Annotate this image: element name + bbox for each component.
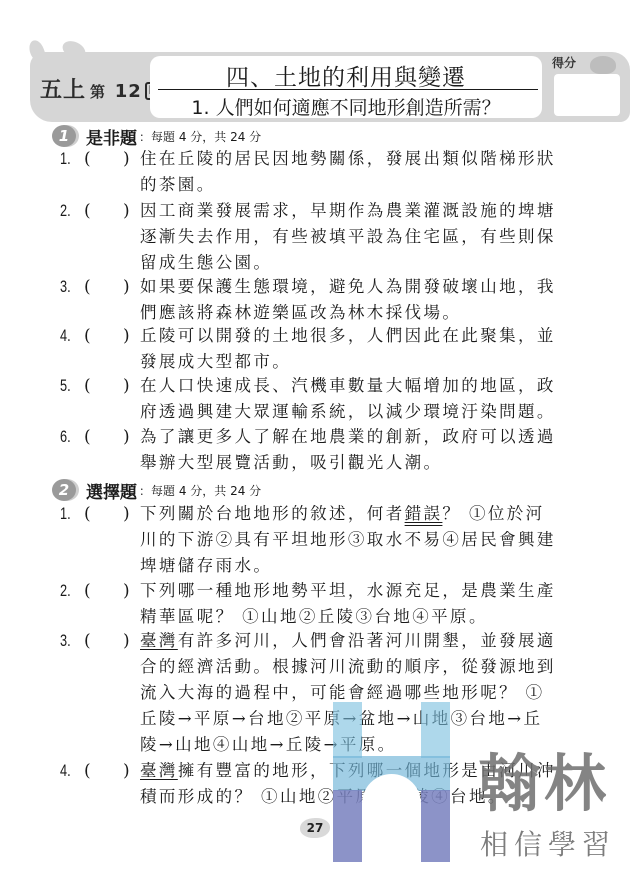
- cat-icon: [590, 56, 616, 74]
- section-multiple-choice-heading: 2 選擇題 ：每題 4 分，共 24 分: [52, 478, 261, 502]
- question-line: 發展成大型都市。: [140, 349, 580, 375]
- answer-blank-close: ): [123, 628, 130, 654]
- section-title: 選擇題: [86, 478, 137, 503]
- answer-blank-close: ): [123, 501, 130, 527]
- section-scoring-note: ：每題 4 分，共 24 分: [139, 482, 261, 499]
- question-number: 3.: [60, 274, 71, 300]
- score-label: 得分: [552, 54, 576, 71]
- question-number: 1.: [60, 501, 71, 527]
- question-line: 丘陵可以開發的土地很多，人們因此在此聚集，並: [140, 323, 580, 349]
- grade: 五上: [40, 78, 86, 103]
- answer-blank-open[interactable]: (: [84, 758, 91, 784]
- answer-blank-open[interactable]: (: [84, 198, 91, 224]
- answer-blank-close: ): [123, 198, 130, 224]
- question-text-part: ？ ①位於河: [442, 504, 544, 523]
- answer-blank-open[interactable]: (: [84, 578, 91, 604]
- question-number: 2.: [60, 198, 71, 224]
- section-number-badge: 2: [52, 479, 76, 501]
- section-true-false-heading: 1 是非題 ：每題 4 分，共 24 分: [52, 124, 261, 148]
- question-line: 臺灣有許多河川，人們會沿著河川開墾，並發展適: [140, 628, 580, 654]
- answer-blank-close: ): [123, 578, 130, 604]
- question-number: 4.: [60, 758, 71, 784]
- question-line: 丘陵→平原→台地②平原→盆地→山地③台地→丘: [140, 706, 580, 732]
- question-line: 因工商業發展需求，早期作為農業灌溉設施的埤塘: [140, 198, 580, 224]
- question-text: 因工商業發展需求，早期作為農業灌溉設施的埤塘 逐漸失去作用，有些被填平設為住宅區…: [140, 198, 580, 276]
- question-number: 5.: [60, 373, 71, 399]
- answer-blank-open[interactable]: (: [84, 274, 91, 300]
- round-prefix: 第: [90, 83, 106, 101]
- answer-blank-close: ): [123, 146, 130, 172]
- emphasis-word: 錯誤: [405, 504, 443, 523]
- question-text: 住在丘陵的居民因地勢關係，發展出類似階梯形狀 的茶園。: [140, 146, 580, 198]
- question-line: 合的經濟活動。根據河川流動的順序，從發源地到: [140, 654, 580, 680]
- question-text: 下列關於台地地形的敘述，何者錯誤？ ①位於河 川的下游②具有平坦地形③取水不易④…: [140, 501, 580, 579]
- round-number: 12: [115, 81, 142, 102]
- question-line: 逐漸失去作用，有些被填平設為住宅區，有些則保: [140, 224, 580, 250]
- watermark-brand: 翰林: [478, 752, 610, 816]
- title-divider: [158, 89, 538, 90]
- question-line: 住在丘陵的居民因地勢關係，發展出類似階梯形狀: [140, 146, 580, 172]
- watermark-slogan: 相信學習: [480, 829, 616, 861]
- question-line: 下列關於台地地形的敘述，何者錯誤？ ①位於河: [140, 501, 580, 527]
- question-line: 府透過興建大眾運輸系統，以減少環境汙染問題。: [140, 399, 580, 425]
- question-line: 的茶園。: [140, 172, 580, 198]
- score-box[interactable]: [554, 74, 620, 116]
- question-text: 如果要保護生態環境，避免人為開發破壞山地，我 們應該將森林遊樂區改為林木採伐場。: [140, 274, 580, 326]
- question-line: 下列哪一種地形地勢平坦，水源充足，是農業生產: [140, 578, 580, 604]
- question-text-part: 下列關於台地地形的敘述，何者: [140, 504, 405, 523]
- proper-noun-underlined: 臺灣: [140, 761, 178, 780]
- question-line: 為了讓更多人了解在地農業的創新，政府可以透過: [140, 424, 580, 450]
- question-line: 如果要保護生態環境，避免人為開發破壞山地，我: [140, 274, 580, 300]
- answer-blank-open[interactable]: (: [84, 323, 91, 349]
- question-line: 川的下游②具有平坦地形③取水不易④居民會興建: [140, 527, 580, 553]
- answer-blank-open[interactable]: (: [84, 424, 91, 450]
- score-area: 得分: [548, 54, 628, 120]
- question-number: 4.: [60, 323, 71, 349]
- question-number: 3.: [60, 628, 71, 654]
- question-text: 臺灣有許多河川，人們會沿著河川開墾，並發展適 合的經濟活動。根據河川流動的順序，…: [140, 628, 580, 758]
- lesson-title: 1. 人們如何適應不同地形創造所需？: [150, 93, 542, 120]
- section-scoring-note: ：每題 4 分，共 24 分: [139, 128, 261, 145]
- answer-blank-close: ): [123, 758, 130, 784]
- answer-blank-open[interactable]: (: [84, 146, 91, 172]
- question-number: 6.: [60, 424, 71, 450]
- question-line: 流入大海的過程中，可能會經過哪些地形呢？ ①: [140, 680, 580, 706]
- answer-blank-close: ): [123, 424, 130, 450]
- question-text: 為了讓更多人了解在地農業的創新，政府可以透過 舉辦大型展覽活動，吸引觀光人潮。: [140, 424, 580, 476]
- answer-blank-open[interactable]: (: [84, 501, 91, 527]
- section-number-badge: 1: [52, 125, 76, 147]
- answer-blank-open[interactable]: (: [84, 628, 91, 654]
- question-line: 埤塘儲存雨水。: [140, 553, 580, 579]
- grade-round-label: 五上第 12回: [40, 73, 163, 104]
- answer-blank-open[interactable]: (: [84, 373, 91, 399]
- answer-blank-close: ): [123, 373, 130, 399]
- question-line: 舉辦大型展覽活動，吸引觀光人潮。: [140, 450, 580, 476]
- question-line: 留成生態公園。: [140, 250, 580, 276]
- question-text: 下列哪一種地形地勢平坦，水源充足，是農業生產 精華區呢？ ①山地②丘陵③台地④平…: [140, 578, 580, 630]
- question-line: 精華區呢？ ①山地②丘陵③台地④平原。: [140, 604, 580, 630]
- proper-noun-underlined: 臺灣: [140, 631, 178, 650]
- section-title: 是非題: [86, 124, 137, 149]
- answer-blank-close: ): [123, 274, 130, 300]
- answer-blank-close: ): [123, 323, 130, 349]
- question-number: 2.: [60, 578, 71, 604]
- question-text-part: 有許多河川，人們會沿著河川開墾，並發展適: [178, 631, 556, 650]
- question-number: 1.: [60, 146, 71, 172]
- page-number: 27: [300, 818, 330, 838]
- title-box: 四、土地的利用與變遷 1. 人們如何適應不同地形創造所需？: [150, 56, 542, 118]
- unit-title: 四、土地的利用與變遷: [150, 59, 542, 92]
- question-text: 在人口快速成長、汽機車數量大幅增加的地區，政 府透過興建大眾運輸系統，以減少環境…: [140, 373, 580, 425]
- question-text: 丘陵可以開發的土地很多，人們因此在此聚集，並 發展成大型都市。: [140, 323, 580, 375]
- question-line: 在人口快速成長、汽機車數量大幅增加的地區，政: [140, 373, 580, 399]
